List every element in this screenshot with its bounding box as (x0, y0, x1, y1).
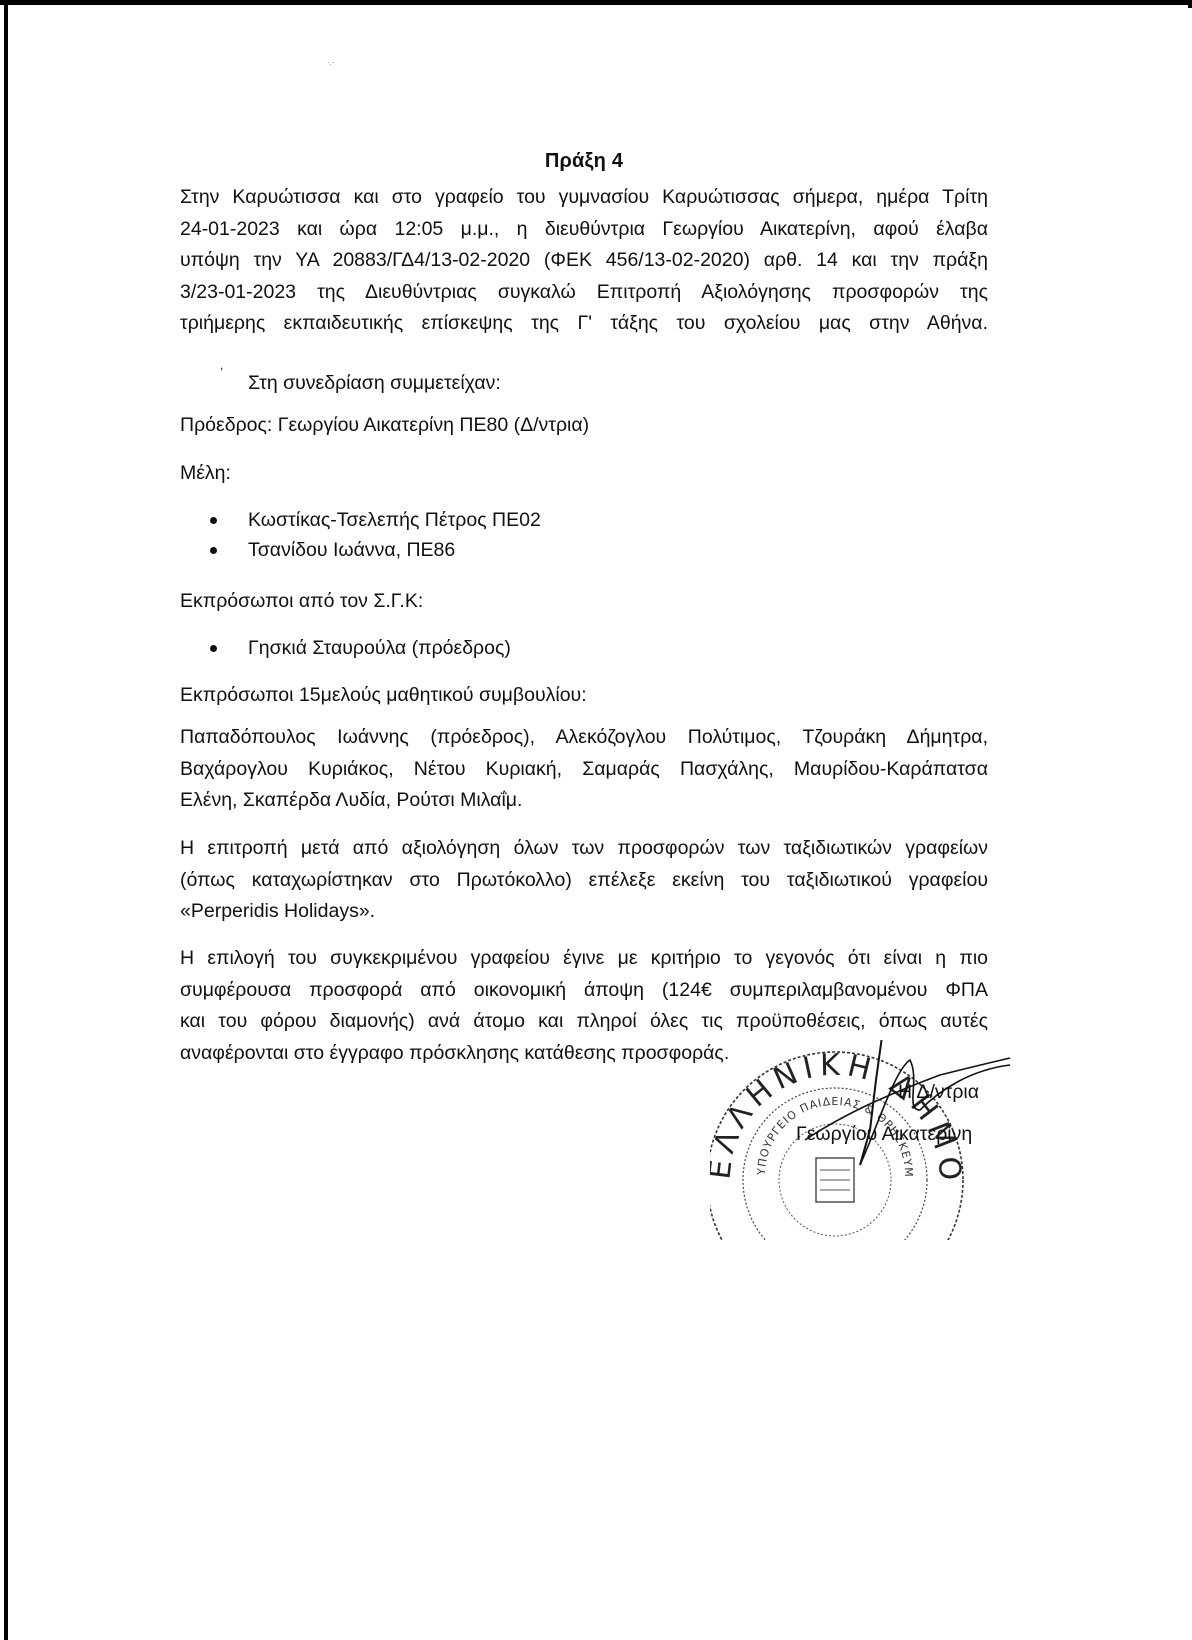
text-line: Βαχάρογλου Κυριάκος, Νέτου Κυριακή, Σαμα… (180, 754, 988, 786)
scan-border (1188, 0, 1192, 8)
meeting-label: Στη συνεδρίαση συμμετείχαν: (248, 368, 501, 398)
intro-paragraph: Στην Καρυώτισσα και στο γραφείο του γυμν… (180, 182, 988, 340)
list-item: Γησκιά Σταυρούλα (πρόεδρος) (180, 633, 511, 663)
text-line: Ελένη, Σκαπέρδα Λυδία, Ρούτσι Μιλαΐμ. (180, 785, 988, 817)
document-title: Πράξη 4 (180, 150, 988, 173)
text-line: 24-01-2023 και ώρα 12:05 μ.μ., η διευθύν… (180, 214, 988, 246)
scan-border (4, 0, 8, 1640)
text-line: συμφέρουσα προσφορά από οικονομική άποψη… (180, 975, 988, 1007)
committee-paragraph: Η επιτροπή μετά από αξιολόγηση όλων των … (180, 833, 988, 928)
list-item: Τσανίδου Ιωάννα, ΠΕ86 (180, 535, 541, 565)
text-line: υπόψη την ΥΑ 20883/ΓΔ4/13-02-2020 (ΦΕΚ 4… (180, 245, 988, 277)
text-line: και του φόρου διαμονής) ανά άτομο και πλ… (180, 1006, 988, 1038)
members-label: Μέλη: (180, 458, 231, 488)
scan-border (0, 0, 1192, 5)
sgk-label: Εκπρόσωποι από τον Σ.Γ.Κ: (180, 586, 423, 616)
text-line: τριήμερης εκπαιδευτικής επίσκεψης της Γ'… (180, 308, 988, 340)
text-line: «Perperidis Holidays». (180, 896, 988, 928)
svg-text:ΕΛΛΗΝΙΚΗ ΔΗΜΟΚΡΑΤΙΑ: ΕΛΛΗΝΙΚΗ ΔΗΜΟΚΡΑΤΙΑ (710, 1040, 968, 1187)
text-line: Η επιτροπή μετά από αξιολόγηση όλων των … (180, 833, 988, 865)
students-label: Εκπρόσωποι 15μελούς μαθητικού συμβουλίου… (180, 680, 587, 710)
text-line: Η επιλογή του συγκεκριμένου γραφείου έγι… (180, 943, 988, 975)
list-item: Κωστίκας-Τσελεπής Πέτρος ΠΕ02 (180, 505, 541, 535)
signature-name: Γεωργίου Αικατερίνη (796, 1123, 972, 1146)
sgk-list: Γησκιά Σταυρούλα (πρόεδρος) (180, 633, 511, 663)
scan-speck: ·.· (327, 58, 335, 67)
signature-role: Η Δ/ντρια (898, 1081, 979, 1104)
members-list: Κωστίκας-Τσελεπής Πέτρος ΠΕ02 Τσανίδου Ι… (180, 505, 541, 565)
text-line: (όπως καταχωρίστηκαν στο Πρωτόκολλο) επέ… (180, 865, 988, 897)
text-line: Στην Καρυώτισσα και στο γραφείο του γυμν… (180, 182, 988, 214)
text-line: 3/23-01-2023 της Διευθύντριας συγκαλώ Επ… (180, 277, 988, 309)
president-line: Πρόεδρος: Γεωργίου Αικατερίνη ΠΕ80 (Δ/ντ… (180, 410, 589, 440)
text-line: Παπαδόπουλος Ιωάννης (πρόεδρος), Αλεκόζο… (180, 722, 988, 754)
scan-speck: , (220, 358, 223, 372)
students-paragraph: Παπαδόπουλος Ιωάννης (πρόεδρος), Αλεκόζο… (180, 722, 988, 817)
